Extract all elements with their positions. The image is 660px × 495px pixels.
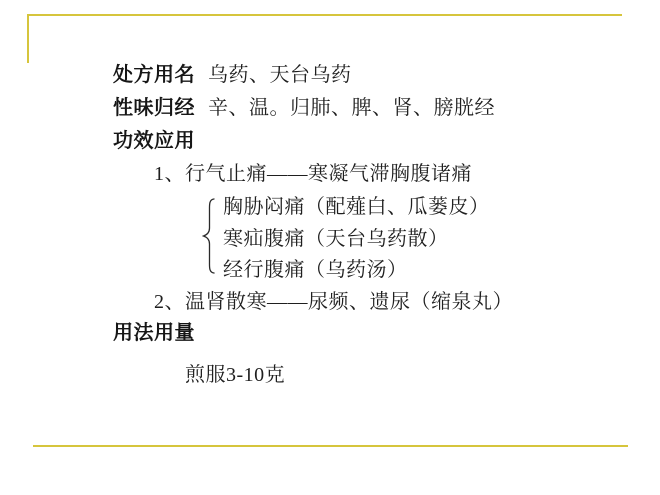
properties-meridian-value: 辛、温。归肺、脾、肾、膀胱经 — [208, 97, 495, 119]
usage-heading: 用法用量 — [113, 322, 195, 344]
prescription-name-value: 乌药、天台乌药 — [208, 64, 352, 86]
properties-meridian-line: 性味归经辛、温。归肺、脾、肾、膀胱经 — [113, 97, 495, 119]
bottom-border-line — [33, 445, 628, 447]
efficacy-heading: 功效应用 — [113, 130, 195, 152]
efficacy-item-1: 1、行气止痛——寒凝气滞胸腹诸痛 — [154, 163, 472, 185]
indication-item-2: 寒疝腹痛（天台乌药散） — [223, 228, 449, 250]
curly-brace-icon — [202, 198, 216, 274]
efficacy-heading-label: 功效应用 — [113, 130, 195, 152]
corner-accent-line — [27, 14, 29, 63]
properties-meridian-label: 性味归经 — [113, 97, 195, 119]
indication-item-3-text: 经行腹痛（乌药汤） — [223, 259, 408, 281]
prescription-name-line: 处方用名乌药、天台乌药 — [113, 64, 352, 86]
efficacy-item-2: 2、温肾散寒——尿频、遗尿（缩泉丸） — [154, 291, 513, 313]
top-border-line — [27, 14, 622, 16]
efficacy-item-1-text: 1、行气止痛——寒凝气滞胸腹诸痛 — [154, 163, 472, 185]
indication-item-3: 经行腹痛（乌药汤） — [223, 259, 408, 281]
usage-dosage-text: 煎服3-10克 — [185, 364, 285, 386]
slide: 处方用名乌药、天台乌药 性味归经辛、温。归肺、脾、肾、膀胱经 功效应用 1、行气… — [0, 0, 660, 495]
efficacy-item-2-text: 2、温肾散寒——尿频、遗尿（缩泉丸） — [154, 291, 513, 313]
indication-item-2-text: 寒疝腹痛（天台乌药散） — [223, 228, 449, 250]
usage-dosage-line: 煎服3-10克 — [185, 364, 285, 386]
indication-item-1-text: 胸胁闷痛（配薤白、瓜蒌皮） — [223, 196, 490, 218]
prescription-name-label: 处方用名 — [113, 64, 195, 86]
usage-heading-label: 用法用量 — [113, 322, 195, 344]
indication-item-1: 胸胁闷痛（配薤白、瓜蒌皮） — [223, 196, 490, 218]
